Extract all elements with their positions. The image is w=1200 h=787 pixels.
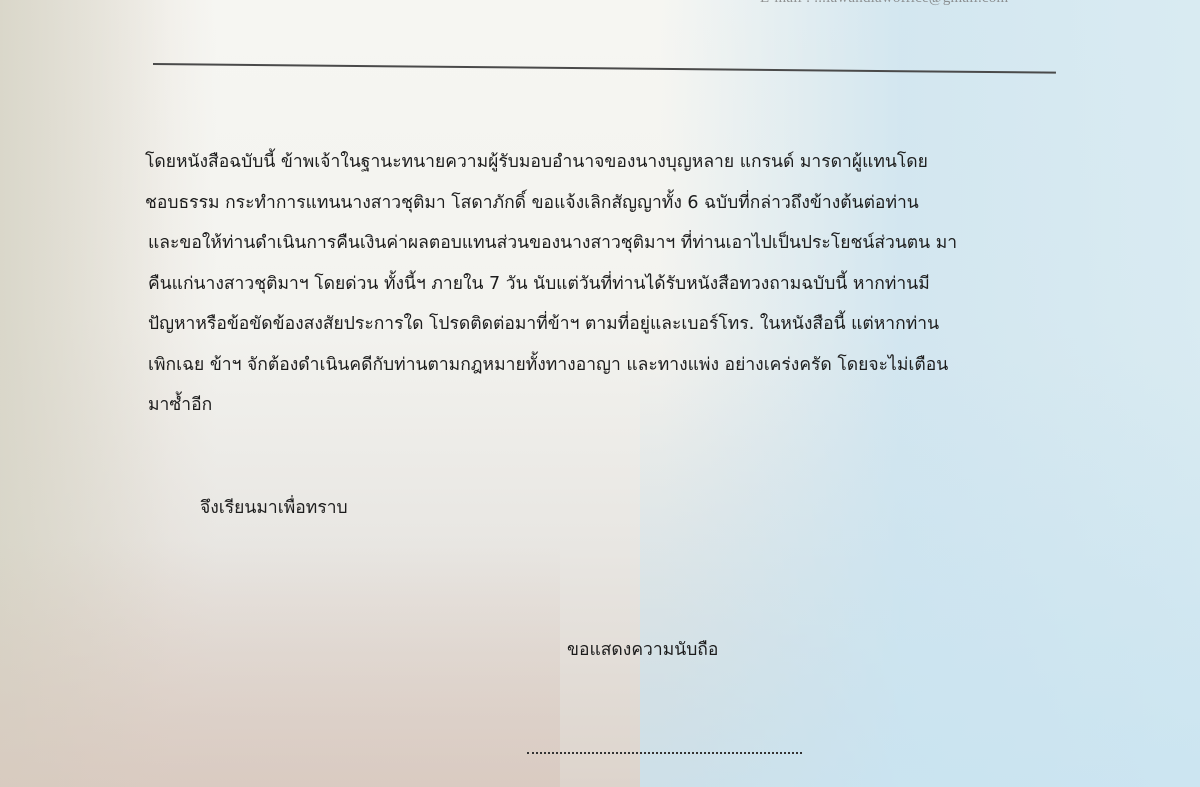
letter-body: โดยหนังสือฉบับนี้ ข้าพเจ้าในฐานะทนายความ…	[145, 142, 1105, 426]
closing-regards: ขอแสดงความนับถือ	[567, 635, 718, 663]
body-line-2: ชอบธรรม กระทำการแทนนางสาวชุติมา โสดาภักด…	[145, 183, 1105, 224]
signature-line	[527, 752, 802, 754]
body-line-4: คืนแก่นางสาวชุติมาฯ โดยด่วน ทั้งนี้ฯ ภาย…	[145, 264, 1105, 305]
body-line-6: เพิกเฉย ข้าฯ จักต้องดำเนินคดีกับท่านตามก…	[145, 345, 1105, 386]
header-divider	[153, 63, 1056, 74]
body-line-7: มาซ้ำอีก	[145, 385, 1105, 426]
photo-shading-bottom	[0, 540, 560, 787]
closing-notice: จึงเรียนมาเพื่อทราบ	[200, 493, 348, 521]
header-email-fragment: E-mail : ...lawandlawoffice@gmail.com	[760, 0, 1008, 7]
body-line-5: ปัญหาหรือข้อขัดข้องสงสัยประการใด โปรดติด…	[145, 304, 1105, 345]
body-line-3: และขอให้ท่านดำเนินการคืนเงินค่าผลตอบแทนส…	[145, 223, 1105, 264]
body-line-1: โดยหนังสือฉบับนี้ ข้าพเจ้าในฐานะทนายความ…	[145, 142, 1105, 183]
